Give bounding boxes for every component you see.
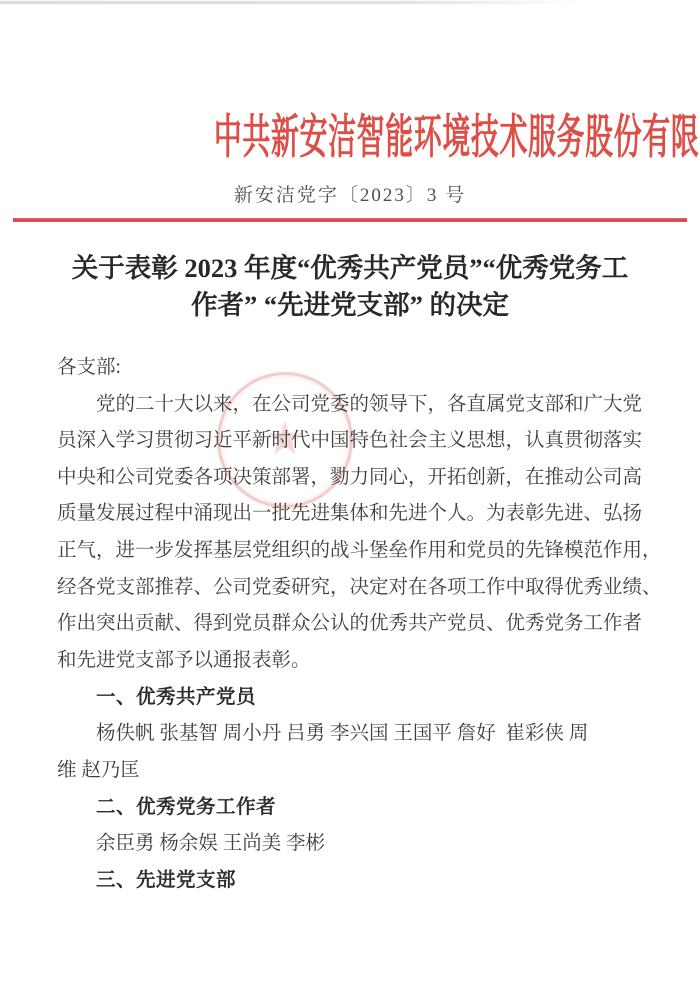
document-body: 各支部: 党的二十大以来，在公司党委的领导下，各直属党支部和广大党 员深入学习贯…	[57, 350, 657, 899]
document-title: 关于表彰 2023 年度“优秀共产党员”“优秀党务工 作者” “先进党支部” 的…	[30, 250, 670, 324]
paragraph-line: 中央和公司党委各项决策部署，勠力同心，开拓创新，在推动公司高	[57, 460, 657, 497]
section-heading-excellent-party-affairs-workers: 二、优秀党务工作者	[57, 789, 657, 826]
paragraph-line: 正气，进一步发挥基层党组织的战斗堡垒作用和党员的先锋模范作用，	[57, 533, 657, 570]
paragraph-line: 员深入学习贯彻习近平新时代中国特色社会主义思想，认真贯彻落实	[57, 423, 657, 460]
document-page: 中共新安洁智能环境技术服务股份有限公司委员会 新安洁党字〔2023〕3 号 关于…	[0, 0, 700, 989]
paragraph-line: 和先进党支部予以通报表彰。	[57, 643, 657, 680]
red-header: 中共新安洁智能环境技术服务股份有限公司委员会	[0, 112, 700, 164]
section-heading-excellent-party-members: 一、优秀共产党员	[57, 679, 657, 716]
section-heading-advanced-party-branches: 三、先进党支部	[57, 862, 657, 899]
names-line: 余臣勇 杨余娱 王尚美 李彬	[57, 826, 657, 863]
paragraph-line: 党的二十大以来，在公司党委的领导下，各直属党支部和广大党	[57, 387, 657, 424]
doc-number: 新安洁党字〔2023〕3 号	[0, 184, 700, 208]
org-name-text: 中共新安洁智能环境技术服务股份有限公司委员会	[214, 112, 700, 164]
red-separator-rule	[13, 218, 687, 222]
scan-artifact-line	[0, 1, 580, 4]
paragraph-line: 质量发展过程中涌现出一批先进集体和先进个人。为表彰先进、弘扬	[57, 496, 657, 533]
names-line: 维 赵乃匡	[57, 753, 657, 790]
document-title-line-2: 作者” “先进党支部” 的决定	[30, 287, 670, 324]
document-title-line-1: 关于表彰 2023 年度“优秀共产党员”“优秀党务工	[30, 250, 670, 287]
names-line: 杨佚帆 张基智 周小丹 吕勇 李兴国 王国平 詹好 崔彩侠 周	[57, 716, 657, 753]
paragraph-line: 作出突出贡献、得到党员群众公认的优秀共产党员、优秀党务工作者	[57, 606, 657, 643]
salutation: 各支部:	[57, 350, 657, 387]
paragraph-line: 经各党支部推荐、公司党委研究，决定对在各项工作中取得优秀业绩、	[57, 570, 657, 607]
